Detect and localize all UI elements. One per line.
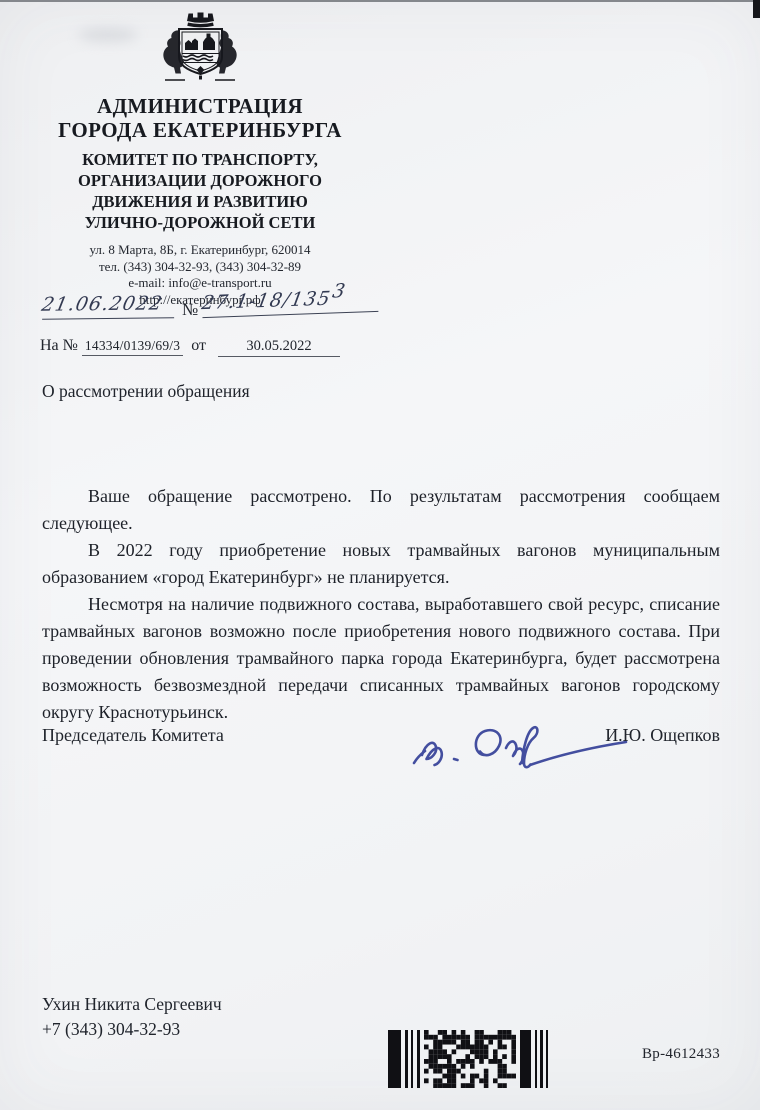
reference-block: 21.06.2022 № 27.1-18/1353 На № 14334/013… bbox=[40, 297, 376, 357]
executor-block: Ухин Никита Сергеевич +7 (343) 304-32-93 bbox=[42, 992, 222, 1042]
number-sign: № bbox=[182, 300, 198, 320]
incoming-ref-row: На № 14334/0139/69/3 от 30.05.2022 bbox=[40, 337, 376, 357]
scan-corner-mark bbox=[753, 0, 760, 18]
executor-phone: +7 (343) 304-32-93 bbox=[42, 1017, 222, 1042]
dept-line2: ОРГАНИЗАЦИИ ДОРОЖНОГО bbox=[28, 170, 372, 191]
scan-top-edge bbox=[0, 0, 760, 2]
reply-from-label: от bbox=[191, 337, 206, 354]
org-name-line1: АДМИНИСТРАЦИЯ bbox=[28, 94, 372, 118]
reply-number: 14334/0139/69/3 bbox=[82, 338, 183, 356]
department-name: КОМИТЕТ ПО ТРАНСПОРТУ, ОРГАНИЗАЦИИ ДОРОЖ… bbox=[28, 149, 372, 233]
coat-of-arms-wrap bbox=[28, 8, 372, 88]
outgoing-number-superscript: 3 bbox=[330, 280, 347, 303]
dept-line4: УЛИЧНО-ДОРОЖНОЙ СЕТИ bbox=[28, 212, 372, 233]
barcode bbox=[388, 1030, 560, 1088]
outgoing-date-underline: 21.06.2022 bbox=[42, 292, 174, 319]
scanned-letter-page: АДМИНИСТРАЦИЯ ГОРОДА ЕКАТЕРИНБУРГА КОМИТ… bbox=[0, 0, 760, 1110]
signer-position: Председатель Комитета bbox=[42, 725, 224, 746]
org-name-line2: ГОРОДА ЕКАТЕРИНБУРГА bbox=[28, 118, 372, 142]
outgoing-date-handwritten: 21.06.2022 bbox=[40, 292, 165, 315]
barcode-number: Вр-4612433 bbox=[642, 1046, 720, 1063]
yekaterinburg-coat-of-arms-icon bbox=[153, 8, 247, 86]
outgoing-number-underline: 27.1-18/1353 bbox=[202, 286, 379, 318]
handwritten-signature bbox=[404, 699, 634, 783]
barcode-matrix bbox=[424, 1030, 516, 1088]
signer-name: И.Ю. Ощепков bbox=[605, 725, 720, 746]
signature-row: Председатель Комитета И.Ю. Ощепков bbox=[42, 697, 720, 785]
body-paragraph: Ваше обращение рассмотрено. По результат… bbox=[42, 483, 720, 537]
address-line: ул. 8 Марта, 8Б, г. Екатеринбург, 620014 bbox=[28, 242, 372, 259]
reply-label: На № bbox=[40, 337, 78, 354]
dept-line1: КОМИТЕТ ПО ТРАНСПОРТУ, bbox=[28, 149, 372, 170]
reply-date: 30.05.2022 bbox=[218, 338, 340, 357]
letterhead: АДМИНИСТРАЦИЯ ГОРОДА ЕКАТЕРИНБУРГА КОМИТ… bbox=[28, 8, 372, 308]
outgoing-number-handwritten: 27.1-18/135 bbox=[200, 288, 333, 315]
letter-body: Ваше обращение рассмотрено. По результат… bbox=[42, 483, 720, 726]
outgoing-ref-row: 21.06.2022 № 27.1-18/1353 bbox=[40, 297, 376, 331]
subject-line: О рассмотрении обращения bbox=[42, 381, 250, 402]
org-name: АДМИНИСТРАЦИЯ ГОРОДА ЕКАТЕРИНБУРГА bbox=[28, 94, 372, 142]
dept-line3: ДВИЖЕНИЯ И РАЗВИТИЮ bbox=[28, 191, 372, 212]
body-paragraph: В 2022 году приобретение новых трамвайны… bbox=[42, 537, 720, 591]
executor-name: Ухин Никита Сергеевич bbox=[42, 992, 222, 1017]
phone-line: тел. (343) 304-32-93, (343) 304-32-89 bbox=[28, 259, 372, 276]
